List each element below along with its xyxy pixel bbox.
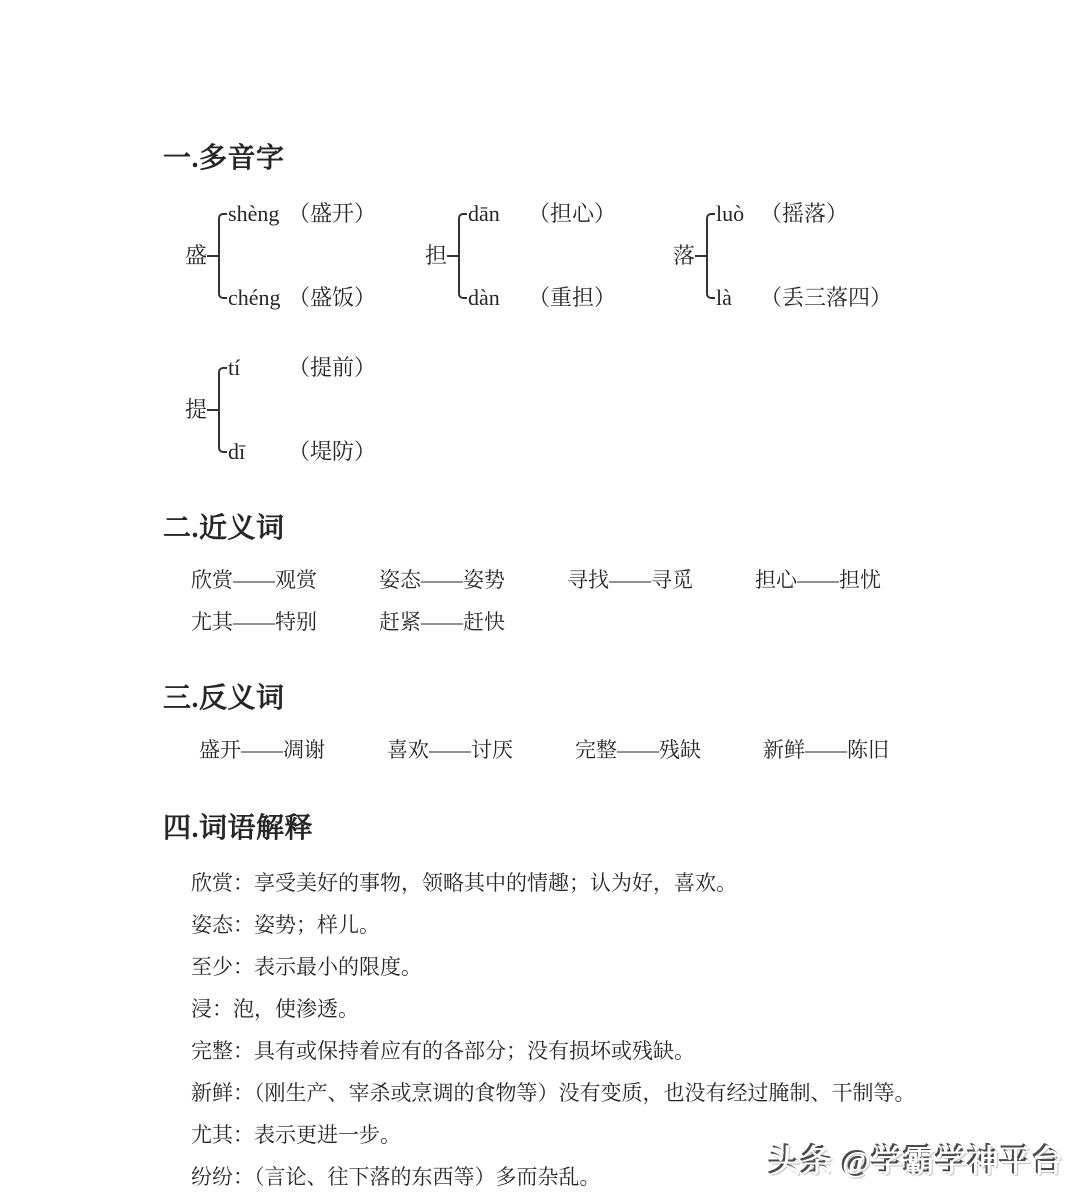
definition-text: 姿势；样儿。 — [254, 913, 380, 937]
polyphone-tree-row: 提 tí （提前） dī （堤防） — [185, 356, 1033, 464]
definition-term: 完整 — [191, 1039, 233, 1063]
tree-base-character: 担 — [425, 244, 447, 268]
definition-term: 尤其 — [191, 1123, 233, 1147]
toutiao-watermark: 头条 @学霸学神平台 — [769, 1136, 1064, 1181]
word-pair: 姿态——姿势 — [379, 568, 567, 592]
word-pair: 寻找——寻觅 — [567, 568, 755, 592]
tree-base-character: 提 — [185, 398, 207, 422]
definition-term: 姿态 — [191, 913, 233, 937]
word-pair: 欣赏——观赏 — [191, 568, 379, 592]
definition-term: 纷纷 — [191, 1165, 233, 1189]
word-pair: 盛开——凋谢 — [199, 738, 387, 762]
word-pair: 喜欢——讨厌 — [387, 738, 575, 762]
pinyin: dàn — [468, 286, 528, 310]
tree-connector-line — [695, 255, 706, 257]
tree-pronunciations: dān （担心） dàn （重担） — [468, 202, 616, 310]
example-word: （重担） — [528, 286, 616, 310]
pinyin: chéng — [228, 286, 288, 310]
document-content: 一.多音字 盛 shèng （盛开） chéng （盛饭） — [163, 142, 1033, 1198]
definition-text: 表示更进一步。 — [254, 1123, 401, 1147]
polyphone-tree-sheng: 盛 shèng （盛开） chéng （盛饭） — [185, 202, 425, 310]
document-page: 一.多音字 盛 shèng （盛开） chéng （盛饭） — [0, 0, 1080, 1199]
example-word: （盛饭） — [288, 286, 376, 310]
tree-bracket-shape — [706, 213, 715, 299]
tree-base-character: 盛 — [185, 244, 207, 268]
polyphone-tree-ti: 提 tí （提前） dī （堤防） — [185, 356, 425, 464]
tree-connector-line — [447, 255, 458, 257]
synonym-pairs: 欣赏——观赏 姿态——姿势 寻找——寻觅 担心——担忧 尤其——特别 赶紧——赶… — [191, 568, 1033, 634]
word-pair: 赶紧——赶快 — [379, 610, 567, 634]
definition-colon: ： — [233, 1123, 254, 1147]
example-word: （提前） — [288, 356, 376, 380]
pinyin: dān — [468, 202, 528, 226]
example-word: （堤防） — [288, 440, 376, 464]
pronunciation-entry: dī （堤防） — [228, 440, 376, 464]
definition-entry: 浸：泡，使渗透。 — [191, 988, 1033, 1030]
section-antonyms-title: 三.反义词 — [163, 682, 1033, 716]
tree-connector-line — [207, 255, 218, 257]
word-pair: 尤其——特别 — [191, 610, 379, 634]
definition-text: （言论、往下落的东西等）多而杂乱。 — [254, 1165, 601, 1189]
definition-entry: 新鲜：（刚生产、宰杀或烹调的食物等）没有变质，也没有经过腌制、干制等。 — [191, 1072, 1033, 1114]
pinyin: là — [716, 286, 760, 310]
example-word: （担心） — [528, 202, 616, 226]
section-synonyms: 二.近义词 欣赏——观赏 姿态——姿势 寻找——寻觅 担心——担忧 尤其——特别… — [163, 512, 1033, 634]
example-word: （盛开） — [288, 202, 376, 226]
example-word: （丢三落四） — [760, 286, 892, 310]
definition-colon: ： — [233, 1039, 254, 1063]
antonym-pairs: 盛开——凋谢 喜欢——讨厌 完整——残缺 新鲜——陈旧 — [199, 738, 1033, 762]
example-word: （摇落） — [760, 202, 848, 226]
word-pair: 担心——担忧 — [755, 568, 1033, 592]
polyphone-tree-luo: 落 luò （摇落） là （丢三落四） — [673, 202, 1033, 310]
definition-colon: ： — [233, 871, 254, 895]
pinyin: luò — [716, 202, 760, 226]
section-antonyms: 三.反义词 盛开——凋谢 喜欢——讨厌 完整——残缺 新鲜——陈旧 — [163, 682, 1033, 762]
definition-colon: ： — [212, 997, 233, 1021]
word-pair: 新鲜——陈旧 — [763, 738, 1033, 762]
definition-text: 享受美好的事物，领略其中的情趣；认为好，喜欢。 — [254, 871, 737, 895]
pronunciation-entry: tí （提前） — [228, 356, 376, 380]
definition-text: 泡，使渗透。 — [233, 997, 359, 1021]
definition-colon: ： — [233, 913, 254, 937]
tree-pronunciations: tí （提前） dī （堤防） — [228, 356, 376, 464]
pronunciation-entry: chéng （盛饭） — [228, 286, 376, 310]
pinyin: shèng — [228, 202, 288, 226]
section-polyphones: 一.多音字 盛 shèng （盛开） chéng （盛饭） — [163, 142, 1033, 464]
tree-bracket-shape — [458, 213, 467, 299]
tree-pronunciations: shèng （盛开） chéng （盛饭） — [228, 202, 376, 310]
definition-entry: 姿态：姿势；样儿。 — [191, 904, 1033, 946]
polyphone-tree-dan: 担 dān （担心） dàn （重担） — [425, 202, 673, 310]
definition-term: 至少 — [191, 955, 233, 979]
definition-term: 新鲜 — [191, 1081, 233, 1105]
definition-text: （刚生产、宰杀或烹调的食物等）没有变质，也没有经过腌制、干制等。 — [254, 1081, 916, 1105]
pronunciation-entry: shèng （盛开） — [228, 202, 376, 226]
tree-connector-line — [207, 409, 218, 411]
definition-entry: 欣赏：享受美好的事物，领略其中的情趣；认为好，喜欢。 — [191, 862, 1033, 904]
section-synonyms-title: 二.近义词 — [163, 512, 1033, 546]
word-pair: 完整——残缺 — [575, 738, 763, 762]
pronunciation-entry: dàn （重担） — [468, 286, 616, 310]
pronunciation-entry: luò （摇落） — [716, 202, 892, 226]
section-polyphones-title: 一.多音字 — [163, 142, 1033, 176]
pinyin: dī — [228, 440, 288, 464]
definition-colon: ： — [233, 1165, 254, 1189]
pronunciation-entry: là （丢三落四） — [716, 286, 892, 310]
definition-entry: 至少：表示最小的限度。 — [191, 946, 1033, 988]
definition-colon: ： — [233, 955, 254, 979]
tree-bracket-shape — [218, 213, 227, 299]
definition-text: 表示最小的限度。 — [254, 955, 422, 979]
polyphone-tree-row: 盛 shèng （盛开） chéng （盛饭） — [185, 202, 1033, 310]
definition-colon: ： — [233, 1081, 254, 1105]
definition-entry: 完整：具有或保持着应有的各部分；没有损坏或残缺。 — [191, 1030, 1033, 1072]
definition-term: 欣赏 — [191, 871, 233, 895]
tree-pronunciations: luò （摇落） là （丢三落四） — [716, 202, 892, 310]
definition-text: 具有或保持着应有的各部分；没有损坏或残缺。 — [254, 1039, 695, 1063]
definition-term: 浸 — [191, 997, 212, 1021]
tree-bracket-shape — [218, 367, 227, 453]
pinyin: tí — [228, 356, 288, 380]
tree-base-character: 落 — [673, 244, 695, 268]
pronunciation-entry: dān （担心） — [468, 202, 616, 226]
section-definitions-title: 四.词语解释 — [163, 812, 1033, 846]
